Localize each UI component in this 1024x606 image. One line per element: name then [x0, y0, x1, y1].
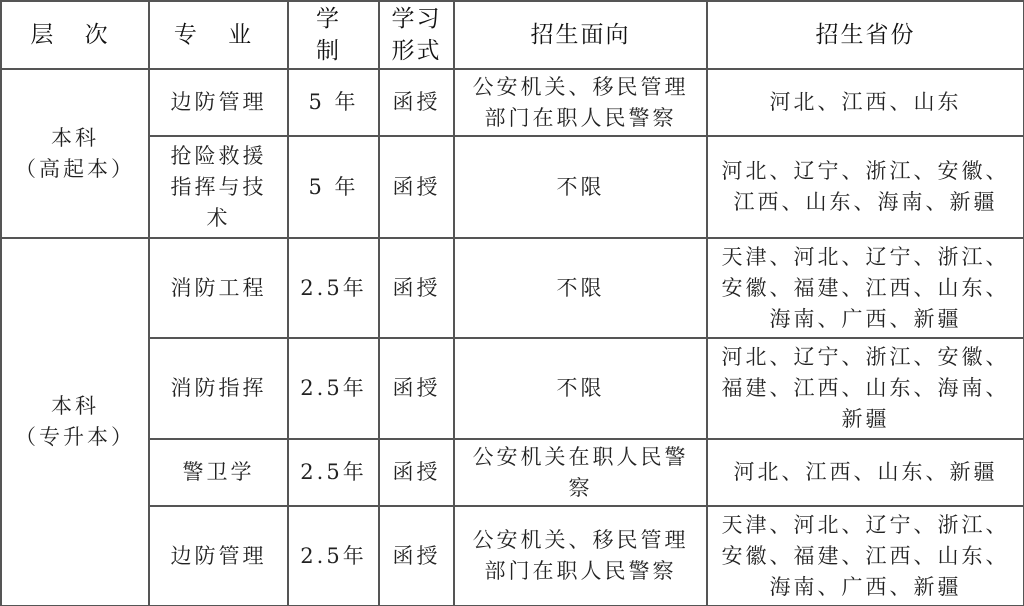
- target-line: 公安机关在职人民警: [459, 442, 702, 473]
- duration-cell: 5 年: [288, 136, 379, 238]
- target-line: 部门在职人民警察: [459, 556, 702, 587]
- table-row: 边防管理 2.5年 函授 公安机关、移民管理 部门在职人民警察 天津、河北、辽宁…: [1, 506, 1024, 606]
- table-row: 警卫学 2.5年 函授 公安机关在职人民警 察 河北、江西、山东、新疆: [1, 439, 1024, 506]
- header-major: 专 业: [149, 1, 288, 69]
- target-cell: 公安机关、移民管理 部门在职人民警察: [454, 69, 707, 136]
- level-cell: 本科 （高起本）: [1, 69, 149, 238]
- header-study-form: 学习 形式: [379, 1, 454, 69]
- target-cell: 不限: [454, 136, 707, 238]
- enrollment-table: 层 次 专 业 学 制 学习 形式 招生面向 招生省份 本科 （高起本） 边防管…: [0, 0, 1024, 606]
- duration-cell: 2.5年: [288, 338, 379, 439]
- level-sub-label: （高起本）: [6, 154, 144, 185]
- major-cell: 边防管理: [149, 69, 288, 136]
- provinces-line: 安徽、福建、江西、山东、: [712, 273, 1019, 304]
- target-line: 公安机关、移民管理: [459, 525, 702, 556]
- major-cell: 消防工程: [149, 238, 288, 338]
- provinces-cell: 天津、河北、辽宁、浙江、 安徽、福建、江西、山东、 海南、广西、新疆: [707, 506, 1024, 606]
- target-line: 不限: [459, 273, 702, 304]
- target-cell: 不限: [454, 338, 707, 439]
- target-line: 公安机关、移民管理: [459, 72, 702, 103]
- provinces-line: 天津、河北、辽宁、浙江、: [712, 510, 1019, 541]
- major-line: 抢险救援: [154, 141, 283, 172]
- major-cell: 边防管理: [149, 506, 288, 606]
- major-line: 边防管理: [154, 541, 283, 572]
- level-label: 本科: [6, 391, 144, 422]
- provinces-cell: 河北、辽宁、浙江、安徽、 江西、山东、海南、新疆: [707, 136, 1024, 238]
- provinces-line: 河北、辽宁、浙江、安徽、: [712, 342, 1019, 373]
- header-duration: 学 制: [288, 1, 379, 69]
- major-line: 术: [154, 203, 283, 234]
- provinces-line: 天津、河北、辽宁、浙江、: [712, 242, 1019, 273]
- provinces-line: 江西、山东、海南、新疆: [712, 187, 1019, 218]
- provinces-cell: 河北、江西、山东: [707, 69, 1024, 136]
- target-cell: 公安机关、移民管理 部门在职人民警察: [454, 506, 707, 606]
- form-cell: 函授: [379, 136, 454, 238]
- duration-cell: 5 年: [288, 69, 379, 136]
- provinces-line: 河北、辽宁、浙江、安徽、: [712, 156, 1019, 187]
- provinces-line: 河北、江西、山东: [712, 87, 1019, 118]
- target-line: 不限: [459, 172, 702, 203]
- major-line: 指挥与技: [154, 172, 283, 203]
- major-cell: 消防指挥: [149, 338, 288, 439]
- provinces-line: 安徽、福建、江西、山东、: [712, 541, 1019, 572]
- header-provinces: 招生省份: [707, 1, 1024, 69]
- header-target: 招生面向: [454, 1, 707, 69]
- major-cell: 警卫学: [149, 439, 288, 506]
- table-row: 消防指挥 2.5年 函授 不限 河北、辽宁、浙江、安徽、 福建、江西、山东、海南…: [1, 338, 1024, 439]
- level-label: 本科: [6, 123, 144, 154]
- target-line: 察: [459, 473, 702, 504]
- provinces-line: 福建、江西、山东、海南、: [712, 373, 1019, 404]
- major-line: 警卫学: [154, 457, 283, 488]
- duration-cell: 2.5年: [288, 238, 379, 338]
- table-row: 本科 （高起本） 边防管理 5 年 函授 公安机关、移民管理 部门在职人民警察 …: [1, 69, 1024, 136]
- table-row: 抢险救援 指挥与技 术 5 年 函授 不限 河北、辽宁、浙江、安徽、 江西、山东…: [1, 136, 1024, 238]
- provinces-line: 海南、广西、新疆: [712, 572, 1019, 603]
- provinces-cell: 河北、江西、山东、新疆: [707, 439, 1024, 506]
- provinces-cell: 河北、辽宁、浙江、安徽、 福建、江西、山东、海南、 新疆: [707, 338, 1024, 439]
- target-cell: 公安机关在职人民警 察: [454, 439, 707, 506]
- form-cell: 函授: [379, 506, 454, 606]
- target-line: 不限: [459, 373, 702, 404]
- form-cell: 函授: [379, 338, 454, 439]
- target-line: 部门在职人民警察: [459, 103, 702, 134]
- form-cell: 函授: [379, 238, 454, 338]
- provinces-line: 海南、广西、新疆: [712, 304, 1019, 335]
- form-cell: 函授: [379, 69, 454, 136]
- provinces-line: 河北、江西、山东、新疆: [712, 457, 1019, 488]
- major-line: 边防管理: [154, 87, 283, 118]
- major-line: 消防工程: [154, 273, 283, 304]
- duration-cell: 2.5年: [288, 439, 379, 506]
- major-cell: 抢险救援 指挥与技 术: [149, 136, 288, 238]
- header-row: 层 次 专 业 学 制 学习 形式 招生面向 招生省份: [1, 1, 1024, 69]
- major-line: 消防指挥: [154, 373, 283, 404]
- header-level: 层 次: [1, 1, 149, 69]
- header-study-form-line: 形式: [384, 35, 449, 67]
- target-cell: 不限: [454, 238, 707, 338]
- form-cell: 函授: [379, 439, 454, 506]
- provinces-line: 新疆: [712, 404, 1019, 435]
- level-cell: 本科 （专升本）: [1, 238, 149, 606]
- table-row: 本科 （专升本） 消防工程 2.5年 函授 不限 天津、河北、辽宁、浙江、 安徽…: [1, 238, 1024, 338]
- provinces-cell: 天津、河北、辽宁、浙江、 安徽、福建、江西、山东、 海南、广西、新疆: [707, 238, 1024, 338]
- header-study-form-line: 学习: [384, 3, 449, 35]
- level-sub-label: （专升本）: [6, 422, 144, 453]
- duration-cell: 2.5年: [288, 506, 379, 606]
